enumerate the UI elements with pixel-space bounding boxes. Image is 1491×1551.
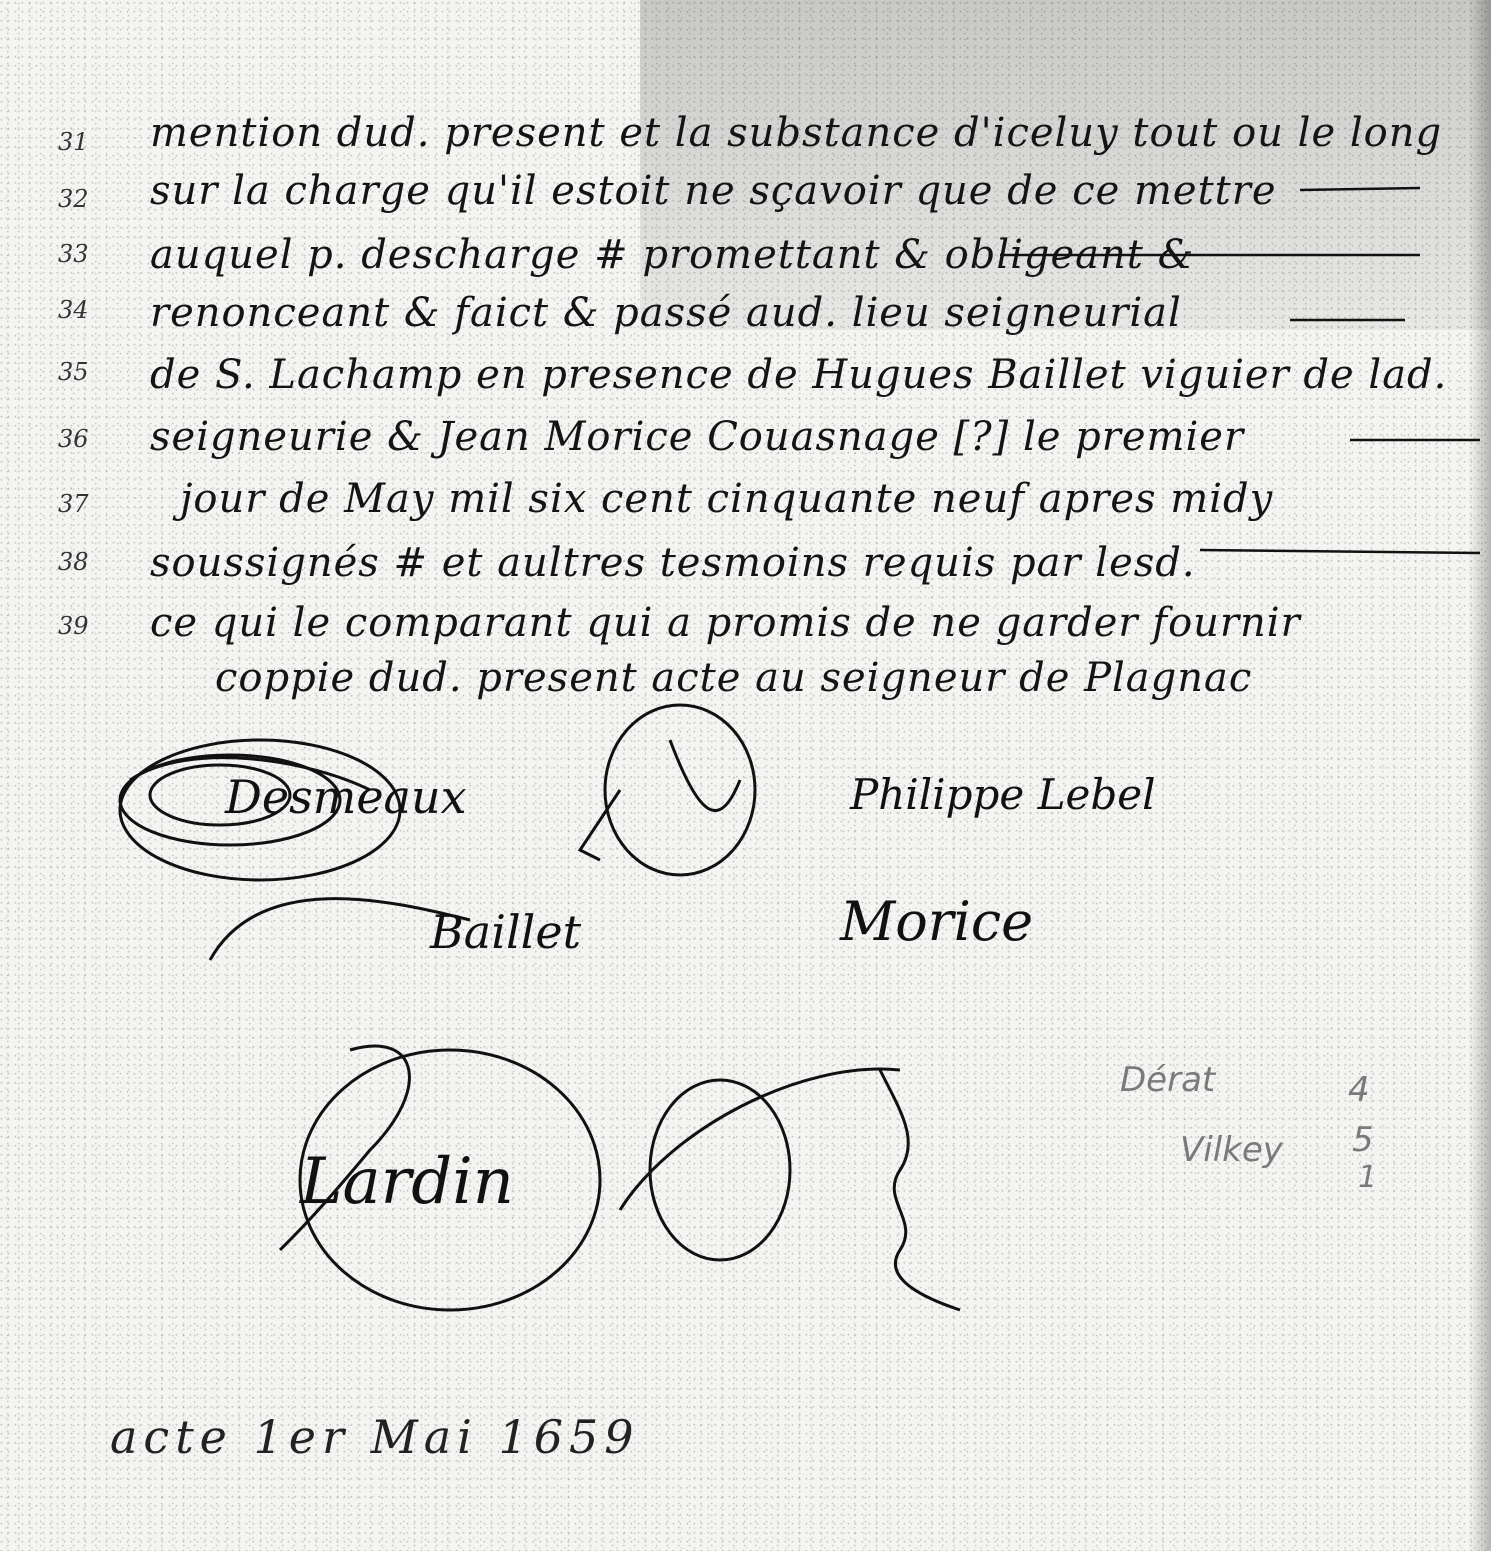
pencil-annotation: Dérat (1120, 1060, 1215, 1100)
pencil-numeral: 1 (1358, 1160, 1377, 1195)
pencil-numeral: 4 (1348, 1070, 1370, 1110)
footer-date-note: acte 1er Mai 1659 (110, 1410, 640, 1464)
signature-desmeaux: Desmeaux (225, 770, 467, 824)
signature-philippe-lebel: Philippe Lebel (850, 770, 1156, 819)
signature-flourish-middle (540, 700, 840, 900)
line-fill-strokes (0, 0, 1491, 760)
pencil-annotation: Vilkey (1180, 1130, 1283, 1170)
signature-baillet: Baillet (430, 905, 581, 959)
signature-morice: Morice (840, 890, 1033, 953)
pencil-numeral: 5 (1352, 1120, 1374, 1160)
signature-lardin: Lardin (300, 1145, 514, 1219)
